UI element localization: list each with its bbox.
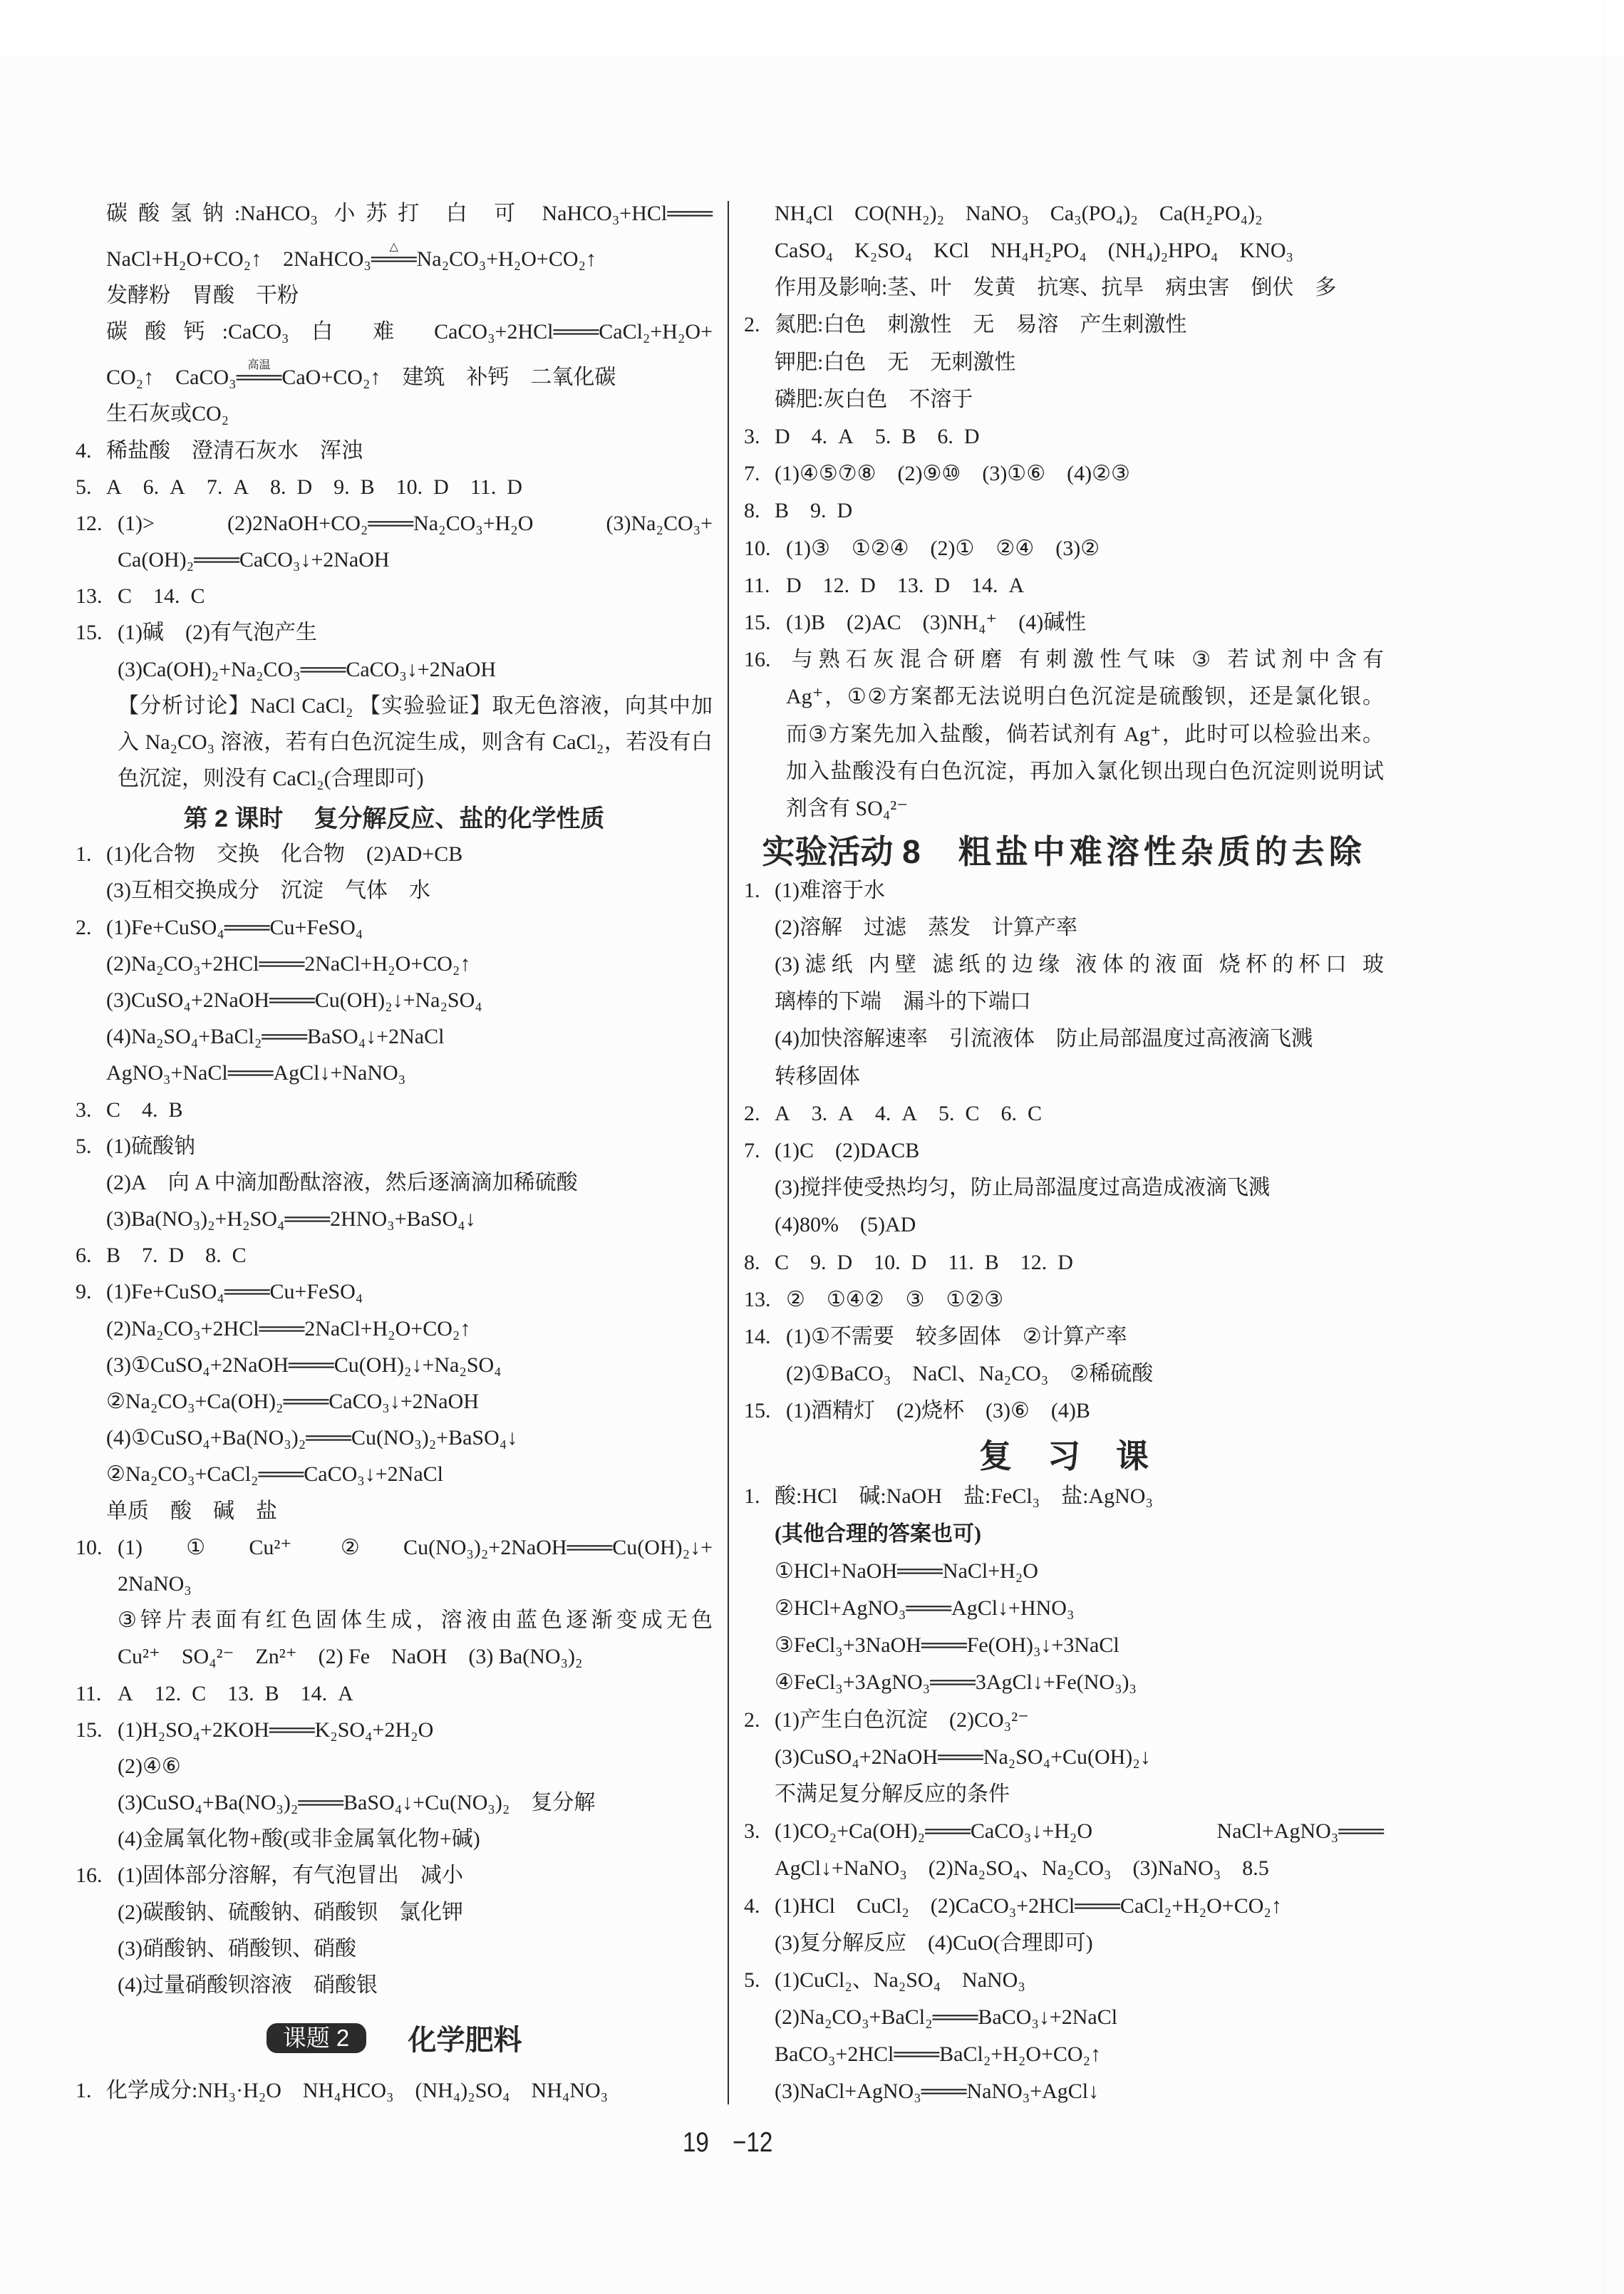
- answer-text: (1)产生白色沉淀 (2)CO₃²⁻: [775, 1708, 1029, 1732]
- answer-text: ①HCl+NaOH═══NaCl+H₂O: [775, 1559, 1038, 1583]
- question-number: 11.: [744, 567, 786, 604]
- answer-text: (3)复分解反应 (4)CuO(合理即可): [775, 1931, 1093, 1955]
- answer-line: (3)CuSO₄+Ba(NO₃)₂═══BaSO₄↓+Cu(NO₃)₂ 复分解: [76, 1784, 713, 1821]
- answer-line: 1.化学成分:NH₃·H₂O NH₄HCO₃ (NH₄)₂SO₄ NH₄NO₃: [76, 2072, 713, 2109]
- answer-line: 2.(1)产生白色沉淀 (2)CO₃²⁻: [744, 1702, 1384, 1739]
- answer-text: (1)化合物 交换 化合物 (2)AD+CB: [106, 842, 462, 866]
- question-number: 1.: [76, 836, 106, 872]
- answer-line: 作用及影响:茎、叶 发黄 抗寒、抗旱 病虫害 倒伏 多: [744, 269, 1384, 306]
- answer-line: (4)过量硝酸钡溶液 硝酸银: [76, 1967, 713, 2003]
- answer-text: (2)④⑥: [118, 1755, 181, 1778]
- answer-line: 11.D 12. D 13. D 14. A: [744, 567, 1384, 604]
- question-number: 10.: [744, 530, 786, 567]
- answer-line: (3)互相交换成分 沉淀 气体 水: [76, 872, 713, 909]
- answer-line: 色沉淀，则没有 CaCl₂(合理即可): [76, 760, 713, 797]
- answer-text: 转移固体: [775, 1065, 860, 1088]
- right-column: NH₄Cl CO(NH₂)₂ NaNO₃ Ca₃(PO₄)₂ Ca(H₂PO₄)…: [744, 195, 1384, 2111]
- answer-line: (2)Na₂CO₃+2HCl═══2NaCl+H₂O+CO₂↑: [76, 1311, 713, 1347]
- answer-text: 氮肥:白色 刺激性 无 易溶 产生刺激性: [775, 313, 1186, 336]
- answer-text: (2)溶解 过滤 蒸发 计算产率: [775, 916, 1077, 939]
- answer-line: 3.D 4. A 5. B 6. D: [744, 418, 1384, 455]
- answer-line: 磷肥:灰白色 不溶于: [744, 381, 1384, 418]
- answer-text: (1)B (2)AC (3)NH₄⁺ (4)碱性: [786, 611, 1086, 634]
- answer-line: (4)Na₂SO₄+BaCl₂═══BaSO₄↓+2NaCl: [76, 1018, 713, 1055]
- answer-line: 单质 酸 碱 盐: [76, 1493, 713, 1529]
- answer-line: 12.(1)> (2)2NaOH+CO₂═══Na₂CO₃+H₂O (3)Na₂…: [76, 505, 713, 542]
- answer-text: (3)硝酸钠、硝酸钡、硝酸: [118, 1937, 356, 1960]
- question-number: 4.: [744, 1888, 775, 1925]
- question-number: 11.: [76, 1675, 118, 1712]
- answer-text: C 9. D 10. D 11. B 12. D: [775, 1251, 1073, 1274]
- answer-line: 14.(1)①不需要 较多固体 ②计算产率: [744, 1318, 1384, 1355]
- answer-text: (3)滤纸 内壁 滤纸的边缘 液体的液面 烧杯的杯口 玻: [775, 953, 1384, 976]
- lab-title: 粗盐中难溶性杂质的去除: [958, 826, 1366, 873]
- question-number: 5.: [76, 1128, 106, 1164]
- answer-text: CaO+CO₂↑ 建筑 补钙 二氧化碳: [281, 366, 616, 389]
- answer-text: (4)Na₂SO₄+BaCl₂═══BaSO₄↓+2NaCl: [106, 1025, 444, 1048]
- answer-text: (3)Ca(OH)₂+Na₂CO₃═══CaCO₃↓+2NaOH: [118, 658, 496, 681]
- answer-line: (2)④⑥: [76, 1748, 713, 1784]
- answer-line: BaCO₃+2HCl═══BaCl₂+H₂O+CO₂↑: [744, 2036, 1384, 2073]
- question-number: 15.: [744, 1393, 786, 1430]
- section-lab-activity-8: 实验活动 8粗盐中难溶性杂质的去除 1.(1)难溶于水 (2)溶解 过滤 蒸发 …: [744, 827, 1384, 1430]
- answer-line: ①HCl+NaOH═══NaCl+H₂O: [744, 1553, 1384, 1590]
- answer-text: 生石灰或CO₂: [106, 402, 229, 425]
- answer-line: ③锌片表面有红色固体生成，溶液由蓝色逐渐变成无色: [76, 1602, 713, 1638]
- answer-line: 5.(1)CuCl₂、Na₂SO₄ NaNO₃: [744, 1962, 1384, 1999]
- answer-line: 2.A 3. A 4. A 5. C 6. C: [744, 1095, 1384, 1132]
- question-number: 1.: [744, 1478, 775, 1515]
- question-number: 16.: [76, 1857, 118, 1893]
- answer-text: 碳酸氢钠:NaHCO₃ 小苏打 白 可 NaHCO₃+HCl═══: [106, 202, 713, 225]
- answer-line: ③FeCl₃+3NaOH═══Fe(OH)₃↓+3NaCl: [744, 1627, 1384, 1664]
- answer-line: (3)CuSO₄+2NaOH═══Cu(OH)₂↓+Na₂SO₄: [76, 982, 713, 1018]
- answer-line: CaSO₄ K₂SO₄ KCl NH₄H₂PO₄ (NH₄)₂HPO₄ KNO₃: [744, 232, 1384, 269]
- answer-text: (1)④⑤⑦⑧ (2)⑨⑩ (3)①⑥ (4)②③: [775, 462, 1130, 485]
- answer-text: (2)A 向 A 中滴加酚酞溶液，然后逐滴滴加稀硫酸: [106, 1171, 578, 1194]
- answer-line: 13.② ①④② ③ ①②③: [744, 1281, 1384, 1318]
- answer-line: 4.稀盐酸 澄清石灰水 浑浊: [76, 433, 713, 469]
- question-number: 3.: [76, 1092, 106, 1128]
- answer-text: ④FeCl₃+3AgNO₃═══3AgCl↓+Fe(NO₃)₃: [775, 1670, 1137, 1694]
- answer-text: D 4. A 5. B 6. D: [775, 425, 980, 448]
- answer-line: (2)碳酸钠、硫酸钠、硝酸钡 氯化钾: [76, 1894, 713, 1931]
- answer-text: (2)Na₂CO₃+2HCl═══2NaCl+H₂O+CO₂↑: [106, 952, 470, 976]
- answer-line: 3.(1)CO₂+Ca(OH)₂═══CaCO₃↓+H₂O NaCl+AgNO₃…: [744, 1813, 1384, 1850]
- answer-line: 6.B 7. D 8. C: [76, 1237, 713, 1273]
- question-number: 12.: [76, 505, 118, 542]
- answer-line: Ag⁺，①②方案都无法说明白色沉淀是硫酸钡，还是氯化银。: [744, 678, 1384, 715]
- answer-text: (1)CO₂+Ca(OH)₂═══CaCO₃↓+H₂O NaCl+AgNO₃══…: [775, 1819, 1384, 1843]
- answer-text: (1)CuCl₂、Na₂SO₄ NaNO₃: [775, 1968, 1025, 1992]
- answer-text: ③FeCl₃+3NaOH═══Fe(OH)₃↓+3NaCl: [775, 1633, 1119, 1657]
- answer-line: 1.(1)难溶于水: [744, 872, 1384, 909]
- answer-text: ②HCl+AgNO₃═══AgCl↓+HNO₃: [775, 1596, 1074, 1620]
- answer-text: 剂含有 SO₄²⁻: [786, 797, 908, 820]
- conditional-equals-sign: △═══: [371, 249, 417, 270]
- answer-line: (2)A 向 A 中滴加酚酞溶液，然后逐滴滴加稀硫酸: [76, 1164, 713, 1201]
- answer-text: A 6. A 7. A 8. D 9. B 10. D 11. D: [106, 475, 522, 499]
- answer-text: (1)①不需要 较多固体 ②计算产率: [786, 1325, 1127, 1348]
- section-heading: 实验活动 8粗盐中难溶性杂质的去除: [744, 827, 1384, 872]
- section-lesson2: 第 2 课时复分解反应、盐的化学性质 1.(1)化合物 交换 化合物 (2)AD…: [76, 797, 713, 2003]
- answer-line: 1.(1)化合物 交换 化合物 (2)AD+CB: [76, 836, 713, 872]
- answer-text: (4)加快溶解速率 引流液体 防止局部温度过高液滴飞溅: [775, 1027, 1313, 1050]
- question-number: 5.: [76, 469, 106, 505]
- answer-text: A 3. A 4. A 5. C 6. C: [775, 1102, 1042, 1125]
- answer-text: 与熟石灰混合研磨 有刺激性气味 ③ 若试剂中含有: [786, 648, 1384, 671]
- answer-line: (2)溶解 过滤 蒸发 计算产率: [744, 909, 1384, 946]
- answer-line: (4)80% (5)AD: [744, 1207, 1384, 1244]
- answer-line: NaCl+H₂O+CO₂↑ 2NaHCO₃△═══Na₂CO₃+H₂O+CO₂↑: [76, 241, 713, 277]
- section-topic2: 课题 2 化学肥料 1.化学成分:NH₃·H₂O NH₄HCO₃ (NH₄)₂S…: [76, 2003, 713, 2109]
- lesson-title: 复分解反应、盐的化学性质: [314, 799, 604, 834]
- answer-line: 而③方案先加入盐酸，倘若试剂有 Ag⁺，此时可以检验出来。: [744, 716, 1384, 753]
- answer-line: ②Na₂CO₃+Ca(OH)₂═══CaCO₃↓+2NaOH: [76, 1383, 713, 1420]
- answer-line: (3)搅拌使受热均匀，防止局部温度过高造成液滴飞溅: [744, 1169, 1384, 1207]
- answer-text: (1)③ ①②④ (2)① ②④ (3)②: [786, 537, 1100, 560]
- answer-line: (3)CuSO₄+2NaOH═══Na₂SO₄+Cu(OH)₂↓: [744, 1739, 1384, 1776]
- answer-text: 加入盐酸没有白色沉淀，再加入氯化钡出现白色沉淀则说明试: [786, 760, 1384, 783]
- answer-line: 7.(1)④⑤⑦⑧ (2)⑨⑩ (3)①⑥ (4)②③: [744, 455, 1384, 492]
- answer-text: (3)搅拌使受热均匀，防止局部温度过高造成液滴飞溅: [775, 1176, 1270, 1199]
- answer-text: (3)互相交换成分 沉淀 气体 水: [106, 879, 430, 902]
- scan-edge-line: [1603, 0, 1604, 2294]
- answer-text: (1)酒精灯 (2)烧杯 (3)⑥ (4)B: [786, 1399, 1090, 1422]
- answer-text: 酸:HCl 碱:NaOH 盐:FeCl₃ 盐:AgNO₃: [775, 1484, 1153, 1508]
- answer-text: 【分析讨论】NaCl CaCl₂ 【实验验证】取无色溶液，向其中加: [118, 694, 713, 718]
- answer-text: C 14. C: [118, 584, 205, 608]
- answer-text: B 9. D: [775, 499, 852, 522]
- answer-text: ② ①④② ③ ①②③: [786, 1288, 1003, 1311]
- answer-text: D 12. D 13. D 14. A: [786, 574, 1024, 597]
- lesson-label: 第 2 课时: [184, 799, 284, 834]
- answer-text: 碳酸钙:CaCO₃ 白 难 CaCO₃+2HCl═══CaCl₂+H₂O+: [106, 320, 713, 343]
- answer-line: (2)Na₂CO₃+BaCl₂═══BaCO₃↓+2NaCl: [744, 1999, 1384, 2036]
- answer-text: (3)CuSO₄+2NaOH═══Cu(OH)₂↓+Na₂SO₄: [106, 988, 482, 1012]
- answer-text: 化学成分:NH₃·H₂O NH₄HCO₃ (NH₄)₂SO₄ NH₄NO₃: [106, 2079, 608, 2102]
- answer-line: 3.C 4. B: [76, 1092, 713, 1128]
- section-topic2-continued: NH₄Cl CO(NH₂)₂ NaNO₃ Ca₃(PO₄)₂ Ca(H₂PO₄)…: [744, 195, 1384, 827]
- answer-line: 4.(1)HCl CuCl₂ (2)CaCO₃+2HCl═══CaCl₂+H₂O…: [744, 1888, 1384, 1925]
- answer-text: (1)①Cu²⁺ ②Cu(NO₃)₂+2NaOH═══Cu(OH)₂↓+: [118, 1536, 713, 1559]
- section-heading: 课题 2 化学肥料: [76, 2003, 713, 2072]
- answer-line: (2)Na₂CO₃+2HCl═══2NaCl+H₂O+CO₂↑: [76, 946, 713, 982]
- answer-line: 璃棒的下端 漏斗的下端口: [744, 983, 1384, 1021]
- question-number: 2.: [744, 1702, 775, 1739]
- answer-text: CaSO₄ K₂SO₄ KCl NH₄H₂PO₄ (NH₄)₂HPO₄ KNO₃: [775, 239, 1293, 262]
- question-number: 15.: [76, 614, 118, 651]
- answer-line: (3)硝酸钠、硝酸钡、硝酸: [76, 1931, 713, 1967]
- answer-text: (1)Fe+CuSO₄═══Cu+FeSO₄: [106, 1280, 363, 1303]
- answer-text: ②Na₂CO₃+CaCl₂═══CaCO₃↓+2NaCl: [106, 1462, 443, 1486]
- answer-line: 加入盐酸没有白色沉淀，再加入氯化钡出现白色沉淀则说明试: [744, 753, 1384, 790]
- answer-note: (其他合理的答案也可): [744, 1516, 1384, 1553]
- question-number: 8.: [744, 1244, 775, 1281]
- question-number: 2.: [744, 306, 775, 343]
- question-number: 15.: [744, 604, 786, 641]
- answer-line: 发酵粉 胃酸 干粉: [76, 277, 713, 314]
- question-number: 1.: [76, 2072, 106, 2109]
- answer-text: CO₂↑ CaCO₃: [106, 366, 237, 389]
- answer-line: 8.B 9. D: [744, 492, 1384, 529]
- answer-text: (1)HCl CuCl₂ (2)CaCO₃+2HCl═══CaCl₂+H₂O+C…: [775, 1894, 1282, 1918]
- answer-line: ④FeCl₃+3AgNO₃═══3AgCl↓+Fe(NO₃)₃: [744, 1664, 1384, 1701]
- answer-text: (3)CuSO₄+2NaOH═══Na₂SO₄+Cu(OH)₂↓: [775, 1745, 1151, 1769]
- answer-line: ②Na₂CO₃+CaCl₂═══CaCO₃↓+2NaCl: [76, 1456, 713, 1492]
- answer-line: 入 Na₂CO₃ 溶液，若有白色沉淀生成，则含有 CaCl₂，若没有白: [76, 724, 713, 760]
- answer-text: 而③方案先加入盐酸，倘若试剂有 Ag⁺，此时可以检验出来。: [786, 723, 1384, 746]
- answer-text: (2)Na₂CO₃+2HCl═══2NaCl+H₂O+CO₂↑: [106, 1317, 470, 1340]
- answer-text: NH₄Cl CO(NH₂)₂ NaNO₃ Ca₃(PO₄)₂ Ca(H₂PO₄)…: [775, 202, 1263, 225]
- answer-text: (2)碳酸钠、硫酸钠、硝酸钡 氯化钾: [118, 1901, 463, 1924]
- answer-line: 【分析讨论】NaCl CaCl₂ 【实验验证】取无色溶液，向其中加: [76, 688, 713, 724]
- answer-line: 16.(1)固体部分溶解，有气泡冒出 减小: [76, 1857, 713, 1893]
- question-number: 13.: [76, 578, 118, 614]
- section-review: 复习课 1.酸:HCl 碱:NaOH 盐:FeCl₃ 盐:AgNO₃ (其他合理…: [744, 1430, 1384, 2110]
- answer-line: 2.氮肥:白色 刺激性 无 易溶 产生刺激性: [744, 306, 1384, 343]
- lab-label: 实验活动 8: [762, 826, 920, 873]
- answer-text: AgNO₃+NaCl═══AgCl↓+NaNO₃: [106, 1061, 405, 1085]
- answer-line: (3)①CuSO₄+2NaOH═══Cu(OH)₂↓+Na₂SO₄: [76, 1347, 713, 1383]
- question-number: 1.: [744, 872, 775, 909]
- section-heading: 第 2 课时复分解反应、盐的化学性质: [76, 797, 713, 836]
- answer-text: (3)①CuSO₄+2NaOH═══Cu(OH)₂↓+Na₂SO₄: [106, 1353, 502, 1377]
- answer-text: (1)硫酸钠: [106, 1135, 195, 1158]
- column-divider: [728, 201, 729, 2104]
- answer-text: 发酵粉 胃酸 干粉: [106, 284, 299, 307]
- answer-text: (2)Na₂CO₃+BaCl₂═══BaCO₃↓+2NaCl: [775, 2005, 1117, 2029]
- answer-text: 磷肥:灰白色 不溶于: [775, 388, 973, 411]
- answer-line: Cu²⁺ SO₄²⁻ Zn²⁺ (2) Fe NaOH (3) Ba(NO₃)₂: [76, 1638, 713, 1675]
- question-number: 6.: [76, 1237, 106, 1273]
- answer-line: 生石灰或CO₂: [76, 396, 713, 432]
- answer-text: (3)Ba(NO₃)₂+H₂SO₄═══2HNO₃+BaSO₄↓: [106, 1207, 476, 1231]
- answer-text: (4)过量硝酸钡溶液 硝酸银: [118, 1973, 378, 1997]
- answer-line: 13.C 14. C: [76, 578, 713, 614]
- question-number: 3.: [744, 418, 775, 455]
- answer-line: CO₂↑ CaCO₃高温═══CaO+CO₂↑ 建筑 补钙 二氧化碳: [76, 359, 713, 396]
- answer-line: 1.酸:HCl 碱:NaOH 盐:FeCl₃ 盐:AgNO₃: [744, 1478, 1384, 1515]
- answer-text: (其他合理的答案也可): [775, 1522, 981, 1546]
- conditional-equals-sign: 高温═══: [237, 367, 282, 388]
- answer-line: 不满足复分解反应的条件: [744, 1776, 1384, 1813]
- answer-text: (1)C (2)DACB: [775, 1139, 919, 1162]
- answer-line: (3)NaCl+AgNO₃═══NaNO₃+AgCl↓: [744, 2073, 1384, 2110]
- answer-text: Cu²⁺ SO₄²⁻ Zn²⁺ (2) Fe NaOH (3) Ba(NO₃)₂: [118, 1645, 582, 1668]
- question-number: 16.: [744, 641, 786, 678]
- section-lesson1-continued: 碳酸氢钠:NaHCO₃ 小苏打 白 可 NaHCO₃+HCl═══ NaCl+H…: [76, 195, 713, 797]
- left-column: 碳酸氢钠:NaHCO₃ 小苏打 白 可 NaHCO₃+HCl═══ NaCl+H…: [76, 195, 713, 2109]
- answer-text: 不满足复分解反应的条件: [775, 1782, 1010, 1806]
- answer-line: 10.(1)③ ①②④ (2)① ②④ (3)②: [744, 530, 1384, 567]
- topic-badge: 课题 2: [267, 2023, 366, 2053]
- question-number: 14.: [744, 1318, 786, 1355]
- page-number: 19 −12: [683, 2129, 772, 2156]
- answer-line: 8.C 9. D 10. D 11. B 12. D: [744, 1244, 1384, 1281]
- answer-text: 2NaNO₃: [118, 1572, 192, 1596]
- answer-text: 作用及影响:茎、叶 发黄 抗寒、抗旱 病虫害 倒伏 多: [775, 276, 1336, 299]
- answer-text: Ag⁺，①②方案都无法说明白色沉淀是硫酸钡，还是氯化银。: [786, 685, 1384, 708]
- answer-text: (1)H₂SO₄+2KOH═══K₂SO₄+2H₂O: [118, 1718, 433, 1742]
- answer-line: 16.与熟石灰混合研磨 有刺激性气味 ③ 若试剂中含有: [744, 641, 1384, 678]
- answer-line: (3)Ba(NO₃)₂+H₂SO₄═══2HNO₃+BaSO₄↓: [76, 1201, 713, 1237]
- answer-text: B 7. D 8. C: [106, 1244, 247, 1267]
- answer-line: 15.(1)B (2)AC (3)NH₄⁺ (4)碱性: [744, 604, 1384, 641]
- answer-text: (1)Fe+CuSO₄═══Cu+FeSO₄: [106, 916, 363, 939]
- answer-text: 色沉淀，则没有 CaCl₂(合理即可): [118, 767, 424, 790]
- answer-text: 稀盐酸 澄清石灰水 浑浊: [106, 439, 363, 463]
- answer-line: 15.(1)碱 (2)有气泡产生: [76, 614, 713, 651]
- answer-line: 11.A 12. C 13. B 14. A: [76, 1675, 713, 1712]
- question-number: 15.: [76, 1712, 118, 1748]
- question-number: 8.: [744, 492, 775, 529]
- answer-text: (4)80% (5)AD: [775, 1213, 916, 1236]
- answer-text: (2)①BaCO₃ NaCl、Na₂CO₃ ②稀硫酸: [786, 1362, 1153, 1385]
- question-number: 5.: [744, 1962, 775, 1999]
- answer-text: (3)CuSO₄+Ba(NO₃)₂═══BaSO₄↓+Cu(NO₃)₂ 复分解: [118, 1791, 595, 1814]
- answer-text: BaCO₃+2HCl═══BaCl₂+H₂O+CO₂↑: [775, 2042, 1101, 2066]
- answer-text: (1)> (2)2NaOH+CO₂═══Na₂CO₃+H₂O (3)Na₂CO₃…: [118, 512, 713, 535]
- answer-line: 转移固体: [744, 1058, 1384, 1095]
- answer-line: 2NaNO₃: [76, 1566, 713, 1602]
- answer-line: 剂含有 SO₄²⁻: [744, 790, 1384, 827]
- answer-line: AgCl↓+NaNO₃ (2)Na₂SO₄、Na₂CO₃ (3)NaNO₃ 8.…: [744, 1850, 1384, 1887]
- question-number: 7.: [744, 455, 775, 492]
- answer-line: (4)金属氧化物+酸(或非金属氧化物+碱): [76, 1821, 713, 1857]
- answer-text: 入 Na₂CO₃ 溶液，若有白色沉淀生成，则含有 CaCl₂，若没有白: [118, 730, 713, 754]
- answer-line: 5.A 6. A 7. A 8. D 9. B 10. D 11. D: [76, 469, 713, 505]
- answer-text: NaCl+H₂O+CO₂↑ 2NaHCO₃: [106, 247, 371, 271]
- answer-text: Ca(OH)₂═══CaCO₃↓+2NaOH: [118, 548, 390, 572]
- answer-line: (2)①BaCO₃ NaCl、Na₂CO₃ ②稀硫酸: [744, 1355, 1384, 1393]
- answer-text: 钾肥:白色 无 无刺激性: [775, 351, 1015, 374]
- answer-line: 碳酸钙:CaCO₃ 白 难 CaCO₃+2HCl═══CaCl₂+H₂O+: [76, 314, 713, 350]
- answer-line: 碳酸氢钠:NaHCO₃ 小苏打 白 可 NaHCO₃+HCl═══: [76, 195, 713, 232]
- answer-text: ②Na₂CO₃+Ca(OH)₂═══CaCO₃↓+2NaOH: [106, 1390, 479, 1413]
- high-temperature-condition-label: 高温: [237, 360, 282, 371]
- answer-line: 15.(1)H₂SO₄+2KOH═══K₂SO₄+2H₂O: [76, 1712, 713, 1748]
- question-number: 2.: [744, 1095, 775, 1132]
- answer-text: (3)NaCl+AgNO₃═══NaNO₃+AgCl↓: [775, 2079, 1099, 2103]
- scan-top-band: [0, 0, 1624, 56]
- answer-text: 璃棒的下端 漏斗的下端口: [775, 990, 1031, 1013]
- answer-line: (3)滤纸 内壁 滤纸的边缘 液体的液面 烧杯的杯口 玻: [744, 946, 1384, 983]
- answer-text: C 4. B: [106, 1098, 183, 1122]
- answer-line: AgNO₃+NaCl═══AgCl↓+NaNO₃: [76, 1055, 713, 1091]
- answer-line: 15.(1)酒精灯 (2)烧杯 (3)⑥ (4)B: [744, 1393, 1384, 1430]
- answer-text: (1)碱 (2)有气泡产生: [118, 621, 317, 644]
- answer-line: (4)加快溶解速率 引流液体 防止局部温度过高液滴飞溅: [744, 1021, 1384, 1058]
- answer-line: 5.(1)硫酸钠: [76, 1128, 713, 1164]
- answer-line: (4)①CuSO₄+Ba(NO₃)₂═══Cu(NO₃)₂+BaSO₄↓: [76, 1420, 713, 1456]
- answer-text: ③锌片表面有红色固体生成，溶液由蓝色逐渐变成无色: [118, 1608, 713, 1632]
- question-number: 7.: [744, 1132, 775, 1169]
- answer-text: (4)金属氧化物+酸(或非金属氧化物+碱): [118, 1827, 480, 1851]
- answer-text: (1)难溶于水: [775, 879, 885, 902]
- question-number: 10.: [76, 1529, 118, 1566]
- answer-line: 7.(1)C (2)DACB: [744, 1132, 1384, 1169]
- answer-line: 2.(1)Fe+CuSO₄═══Cu+FeSO₄: [76, 909, 713, 946]
- answer-text: Na₂CO₃+H₂O+CO₂↑: [417, 247, 596, 271]
- topic-title: 化学肥料: [408, 2017, 522, 2058]
- question-number: 2.: [76, 909, 106, 946]
- answer-text: (4)①CuSO₄+Ba(NO₃)₂═══Cu(NO₃)₂+BaSO₄↓: [106, 1426, 517, 1450]
- section-heading: 复习课: [744, 1430, 1384, 1478]
- answer-line: 9.(1)Fe+CuSO₄═══Cu+FeSO₄: [76, 1273, 713, 1310]
- answer-line: 钾肥:白色 无 无刺激性: [744, 344, 1384, 381]
- answer-line: NH₄Cl CO(NH₂)₂ NaNO₃ Ca₃(PO₄)₂ Ca(H₂PO₄)…: [744, 195, 1384, 232]
- heating-condition-label: △: [371, 242, 417, 253]
- answer-line: (3)Ca(OH)₂+Na₂CO₃═══CaCO₃↓+2NaOH: [76, 651, 713, 688]
- question-number: 13.: [744, 1281, 786, 1318]
- answer-text: A 12. C 13. B 14. A: [118, 1682, 353, 1705]
- answer-line: Ca(OH)₂═══CaCO₃↓+2NaOH: [76, 542, 713, 578]
- answer-text: AgCl↓+NaNO₃ (2)Na₂SO₄、Na₂CO₃ (3)NaNO₃ 8.…: [775, 1856, 1269, 1880]
- question-number: 9.: [76, 1273, 106, 1310]
- answer-text: 单质 酸 碱 盐: [106, 1499, 277, 1523]
- answer-line: ②HCl+AgNO₃═══AgCl↓+HNO₃: [744, 1590, 1384, 1627]
- answer-line: (3)复分解反应 (4)CuO(合理即可): [744, 1925, 1384, 1962]
- question-number: 4.: [76, 433, 106, 469]
- question-number: 3.: [744, 1813, 775, 1850]
- answer-text: (1)固体部分溶解，有气泡冒出 减小: [118, 1864, 463, 1887]
- answer-line: 10.(1)①Cu²⁺ ②Cu(NO₃)₂+2NaOH═══Cu(OH)₂↓+: [76, 1529, 713, 1566]
